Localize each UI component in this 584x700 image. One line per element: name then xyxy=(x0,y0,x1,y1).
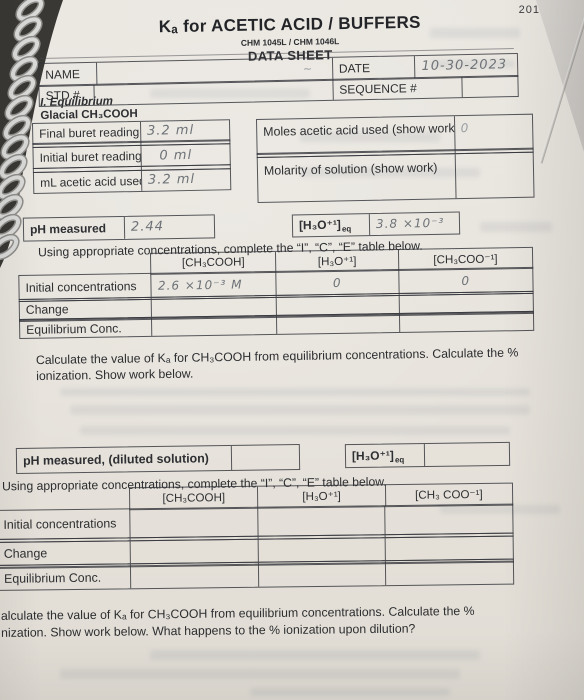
pencil-scribble: ~ xyxy=(303,62,313,75)
equilibrium-h3o-value xyxy=(258,563,386,587)
table-row: Moles acetic acid used (show work) 0 xyxy=(256,113,534,154)
bleed-through-smudge xyxy=(150,650,480,660)
molarity-label: Molarity of solution (show work) xyxy=(258,154,455,202)
column-header-ch3cooh: [CH₃COOH] xyxy=(130,486,258,509)
column-header-h3o: [H₃O⁺¹] xyxy=(275,250,398,272)
sequence-label: SEQUENCE # xyxy=(332,78,462,101)
equilibrium-ch3coo-value xyxy=(385,562,513,586)
h3o-eq-box-2: [H₃O⁺¹]eq xyxy=(345,443,510,468)
change-ch3coo-value xyxy=(398,294,533,313)
section-subtitle: Glacial CH₃COOH xyxy=(40,108,138,122)
h3o-eq-value xyxy=(424,443,509,466)
table-row: pH measured 2.44 xyxy=(23,214,215,241)
ph-measured-diluted-value xyxy=(231,445,299,470)
ice-table-1: [CH₃COOH] [H₃O⁺¹] [CH₃COO⁻¹] Initial con… xyxy=(18,248,534,339)
calculate-instruction: Calculate the value of Kₐ for CH₃COOH fr… xyxy=(36,345,556,384)
change-ch3cooh-value xyxy=(151,298,276,317)
change-h3o-value xyxy=(276,296,399,315)
buret-table: Final buret reading 3.2 ml Initial buret… xyxy=(32,120,231,193)
moles-used-value: 0 xyxy=(453,114,532,150)
ph-measured-label: pH measured xyxy=(24,217,124,241)
row-label: Change xyxy=(20,300,152,319)
initial-ch3coo-value xyxy=(385,505,513,535)
desk-surface-corner xyxy=(536,0,584,152)
name-label: NAME xyxy=(39,62,96,85)
h3o-eq-label: [H₃O⁺¹]eq xyxy=(346,444,424,467)
final-buret-value: 3.2 ml xyxy=(140,120,229,142)
h3o-eq-box: [H₃O⁺¹]eq 3.8 ×10⁻³ xyxy=(292,213,460,238)
date-field: 10-30-2023 xyxy=(414,54,517,78)
column-header-ch3coo: [CH₃COO⁻¹] xyxy=(398,248,533,270)
bleed-through-smudge xyxy=(60,669,460,679)
column-header-h3o: [H₃O⁺¹] xyxy=(257,485,385,508)
row-label: Initial concentrations xyxy=(0,510,130,540)
moles-used-label: Moles acetic acid used (show work) xyxy=(257,116,454,154)
ml-acid-used-value: 3.2 ml xyxy=(141,169,230,191)
column-header-ch3cooh: [CH₃COOH] xyxy=(151,252,276,274)
section-title: I. Equilibrium xyxy=(40,95,138,109)
equilibrium-ch3cooh-value xyxy=(151,317,276,336)
equilibrium-h3o-value xyxy=(276,315,399,334)
section-heading: I. Equilibrium Glacial CH₃COOH xyxy=(40,95,138,122)
bleed-through-smudge xyxy=(480,222,552,232)
datasheet-photo: 201 Kₐ for ACETIC ACID / BUFFERS CHM 104… xyxy=(0,0,584,700)
column-header-ch3coo: [CH₃ COO⁻¹] xyxy=(385,483,513,506)
initial-ch3cooh-value xyxy=(130,508,258,538)
calculate-instruction: alculate the value of Kₐ for CH₃COOH fro… xyxy=(1,602,549,642)
table-row: mL acetic acid used 3.2 ml xyxy=(33,168,231,194)
bleed-through-smudge xyxy=(60,388,530,396)
ph-measured-diluted-label: pH measured, (diluted solution) xyxy=(17,446,231,473)
row-label: Equilibrium Conc. xyxy=(0,567,131,591)
ph-measured-diluted-box: pH measured, (diluted solution) xyxy=(16,445,300,474)
bleed-through-smudge xyxy=(250,688,450,696)
initial-buret-value: 0 ml xyxy=(140,144,230,166)
table-row: Molarity of solution (show work) xyxy=(257,152,535,203)
initial-h3o-value: 0 xyxy=(275,270,398,295)
ice-table-2: [CH₃COOH] [H₃O⁺¹] [CH₃ COO⁻¹] Initial co… xyxy=(0,484,514,592)
row-label: Equilibrium Conc. xyxy=(20,319,152,338)
sequence-field xyxy=(462,76,518,97)
date-label: DATE xyxy=(332,56,415,80)
row-label: Initial concentrations xyxy=(19,274,151,299)
initial-ch3coo-value: 0 xyxy=(398,268,533,293)
molarity-value xyxy=(454,153,533,198)
ph-measured-box: pH measured 2.44 xyxy=(23,215,215,241)
equilibrium-ch3cooh-value xyxy=(130,565,258,589)
change-h3o-value xyxy=(258,538,386,562)
final-buret-label: Final buret reading xyxy=(33,122,140,144)
ml-acid-used-label: mL acetic acid used xyxy=(34,170,141,192)
row-label: Change xyxy=(0,541,130,565)
table-row: [H₃O⁺¹]eq xyxy=(345,442,510,468)
table-row: [H₃O⁺¹]eq 3.8 ×10⁻³ xyxy=(292,211,460,237)
h3o-eq-label: [H₃O⁺¹]eq xyxy=(293,214,369,236)
initial-h3o-value xyxy=(257,507,385,537)
ph-measured-value: 2.44 xyxy=(124,215,214,239)
change-ch3cooh-value xyxy=(130,540,258,564)
show-work-table: Moles acetic acid used (show work) 0 Mol… xyxy=(256,115,535,203)
change-ch3coo-value xyxy=(385,536,513,560)
bleed-through-smudge xyxy=(70,405,530,415)
initial-ch3cooh-value: 2.6 ×10⁻³ M xyxy=(151,272,276,297)
equilibrium-ch3coo-value xyxy=(399,313,534,332)
initial-buret-label: Initial buret reading xyxy=(33,146,140,168)
table-row: pH measured, (diluted solution) xyxy=(16,444,300,474)
h3o-eq-value: 3.8 ×10⁻³ xyxy=(369,212,459,235)
bleed-through-smudge xyxy=(80,426,510,435)
